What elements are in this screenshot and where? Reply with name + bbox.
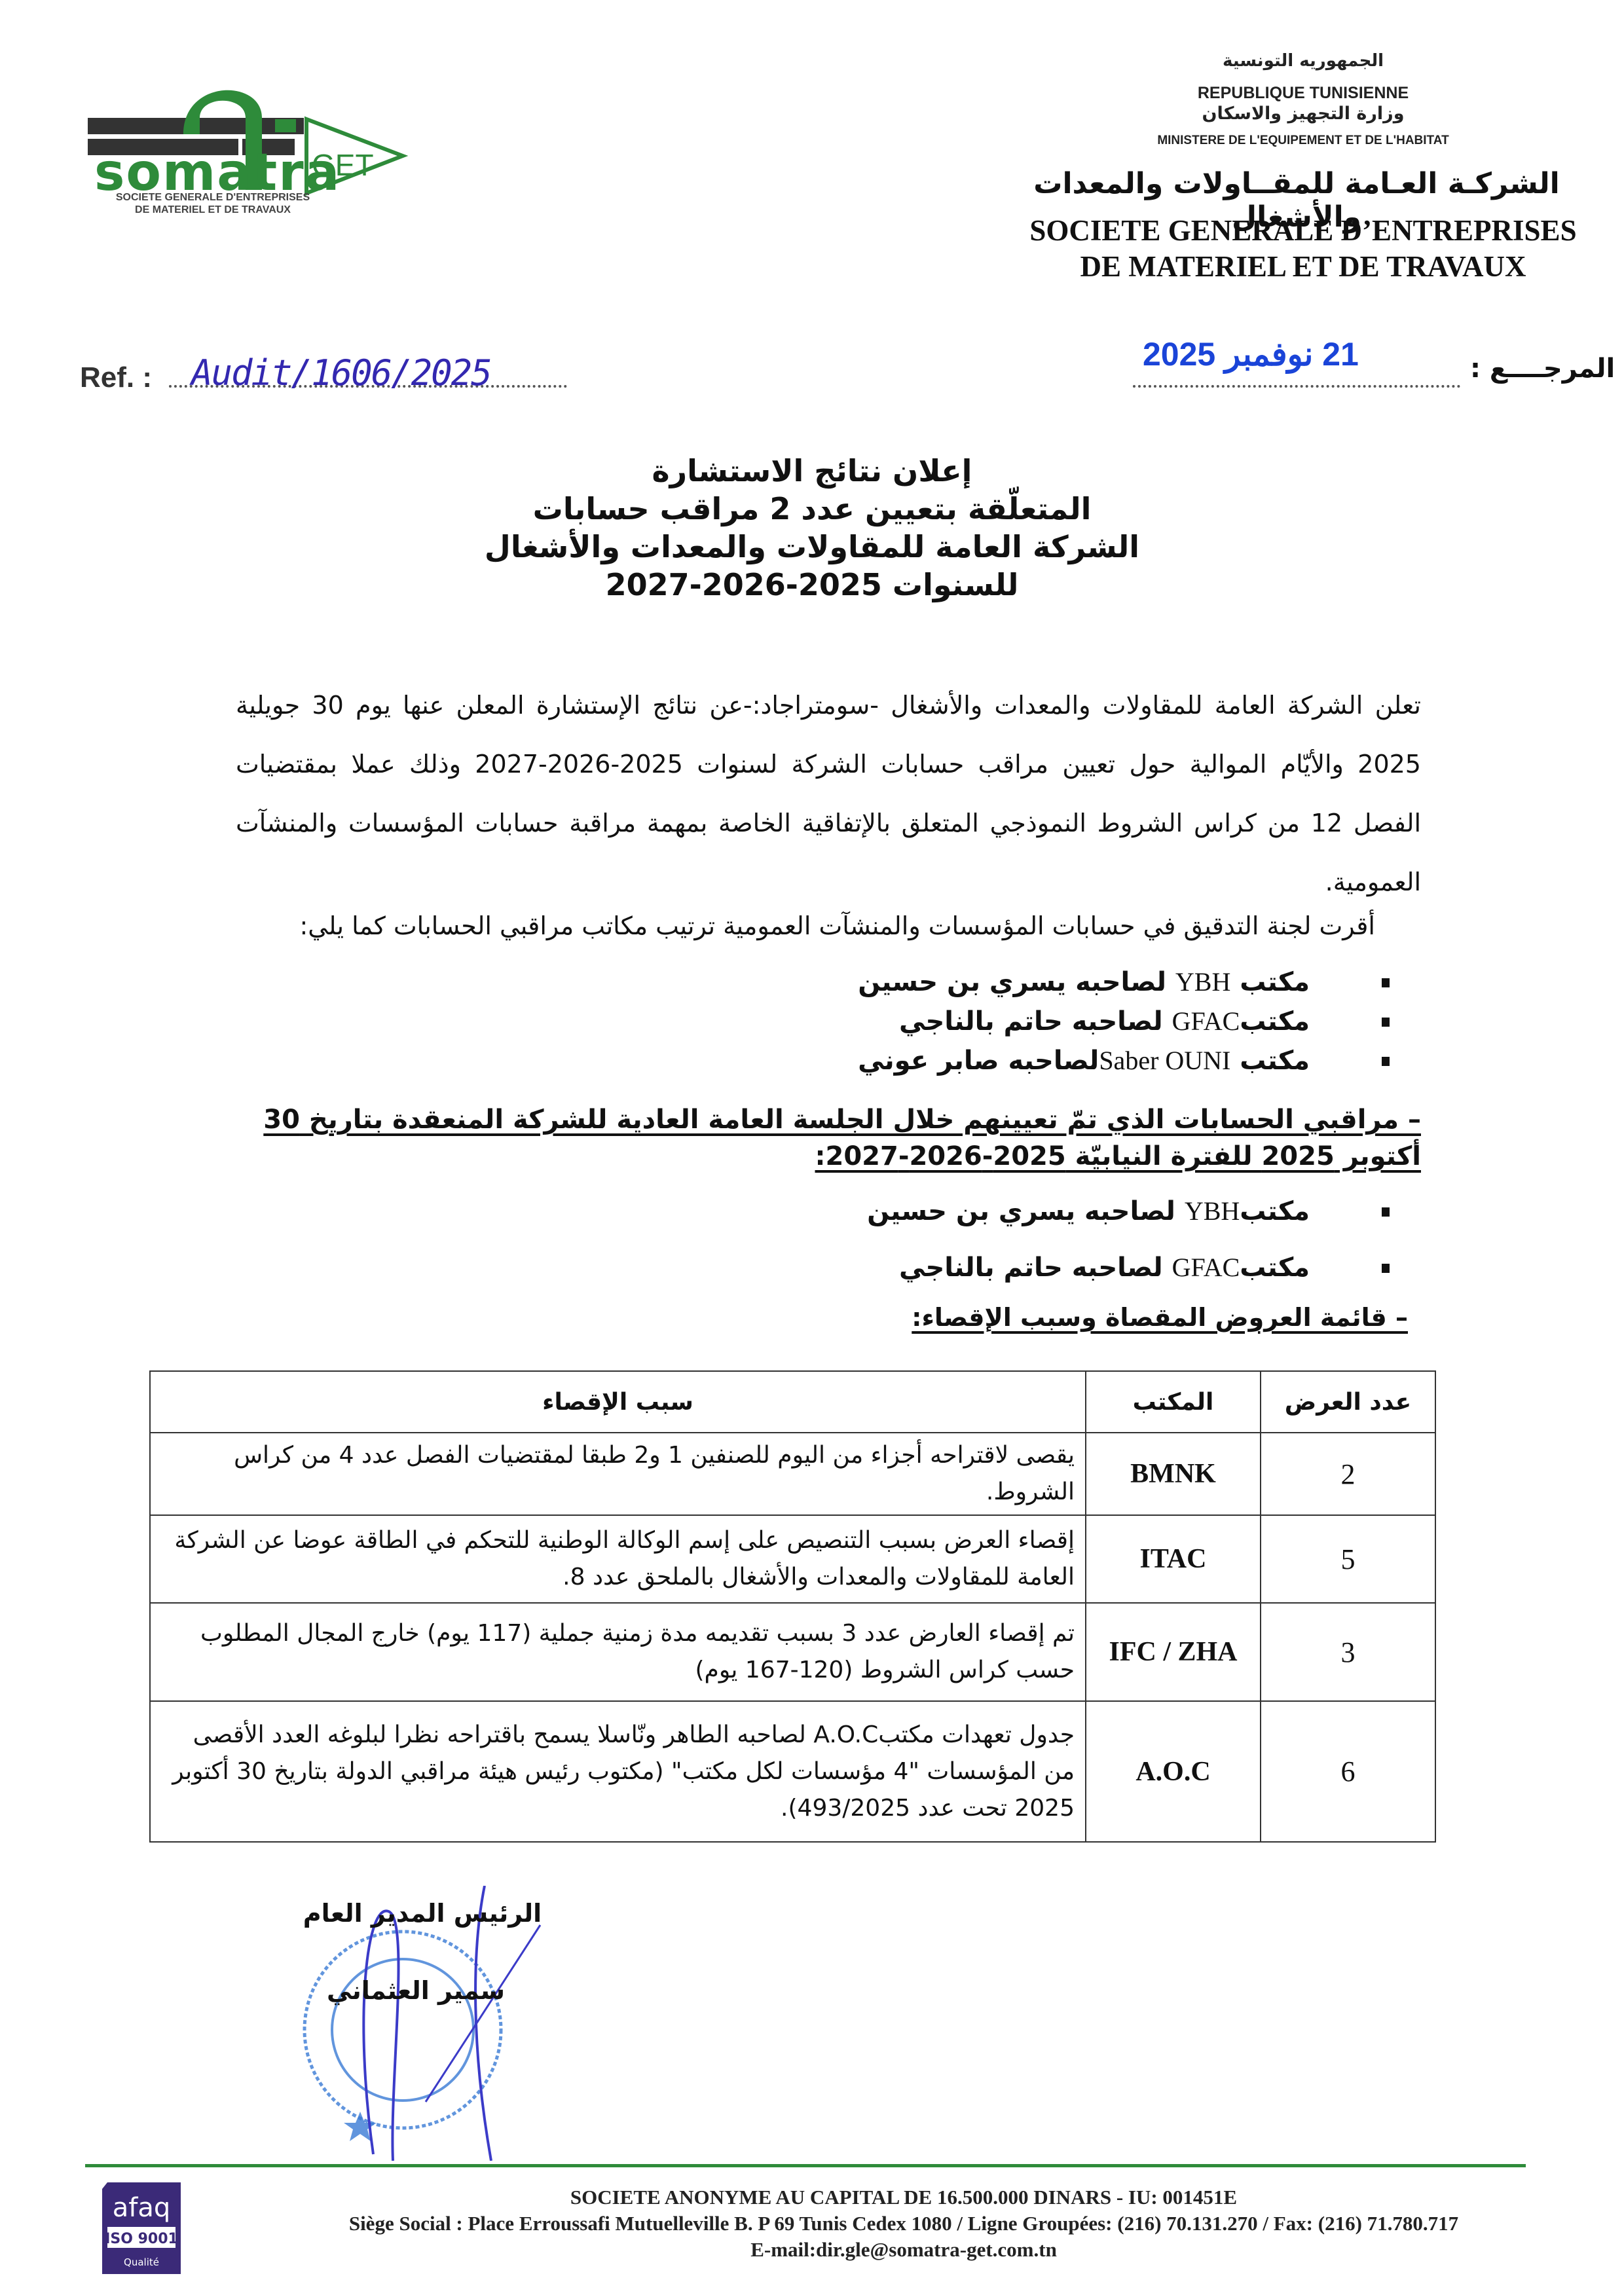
company-name-fr-line1: SOCIETE GENERALE D’ENTREPRISES [995,213,1611,249]
afaq-iso-9001-badge: afaq ISO 9001 Qualité [102,2182,181,2274]
logo-subtitle-line1: SOCIETE GENERALE D'ENTREPRISES [85,191,341,204]
announcement-paragraph: تعلن الشركة العامة للمقاولات والمعدات وا… [236,676,1421,911]
document-title: إعلان نتائج الاستشارة المتعلّقة بتعيين ع… [458,452,1166,604]
cell-offer-no: 2 [1261,1433,1435,1515]
bullet-icon [1382,978,1390,987]
excluded-offers-table: عدد العرض المكتب سبب الإقصاء 2 BMNK يقصى… [149,1370,1436,1843]
appointed-heading-text: – مراقبي الحسابات الذي تمّ تعيينهم خلال … [263,1105,1421,1171]
ministry-fr: MINISTERE DE L'EQUIPEMENT ET DE L'HABITA… [995,134,1611,148]
republic-ar: الجمهوريه التونسية [995,51,1611,71]
svg-text:afaq: afaq [113,2193,171,2223]
ministry-ar: وزارة التجهيز والاسكان [995,103,1611,124]
appointed-item: مكتبGFAC لصاحبه حاتم بالناجي [655,1248,1395,1287]
title-line-2: المتعلّقة بتعيين عدد 2 مراقب حسابات [458,490,1166,528]
footer-address-line: Siège Social : Place Erroussafi Mutuelle… [196,2212,1611,2235]
firm-name: YBH [1175,967,1230,997]
excluded-heading: – قائمة العروض المقصاة وسبب الإقصاء: [904,1303,1408,1332]
firm-name: GFAC [1172,1253,1240,1282]
cell-office: IFC / ZHA [1086,1603,1261,1701]
bullet-icon [1382,1264,1390,1273]
cell-offer-no: 3 [1261,1603,1435,1701]
item-prefix: مكتب [1240,1253,1310,1283]
ranking-item: مكتبGFAC لصاحبه حاتم بالناجي [655,1002,1395,1041]
appointed-item: مكتبYBH لصاحبه يسري بن حسين [655,1192,1395,1248]
cell-offer-no: 6 [1261,1701,1435,1842]
cell-office: BMNK [1086,1433,1261,1515]
cell-reason: جدول تعهدات مكتبA.O.C لصاحبه الطاهر ونّا… [150,1701,1086,1842]
marja-label: المرجــــع : [1470,354,1615,384]
title-line-1: إعلان نتائج الاستشارة [458,452,1166,490]
appointed-list: مكتبYBH لصاحبه يسري بن حسين مكتبGFAC لصا… [655,1192,1395,1287]
item-prefix: مكتب [1240,1006,1310,1037]
ranking-item: مكتب Saber OUNIلصاحبه صابر عوني [655,1041,1395,1080]
ref-label: Ref. : [80,361,152,394]
ref-handwritten-value: Audit/1606/2025 [191,352,491,394]
cell-reason: تم إقصاء العارض عدد 3 بسبب تقديمه مدة زم… [150,1603,1086,1701]
footer-email[interactable]: E-mail:dir.gle@somatra-get.com.tn [196,2238,1611,2262]
item-owner: لصاحبه صابر عوني [858,1046,1099,1076]
item-owner: لصاحبه يسري بن حسين [858,967,1175,997]
cell-office: A.O.C [1086,1701,1261,1842]
bullet-icon [1382,1018,1390,1027]
bullet-icon [1382,1057,1390,1066]
table-row: 2 BMNK يقصى لاقتراحه أجزاء من اليوم للصن… [150,1433,1435,1515]
cell-office: ITAC [1086,1515,1261,1603]
cell-offer-no: 5 [1261,1515,1435,1603]
title-line-4: للسنوات 2025-2026-2027 [458,566,1166,604]
item-prefix: مكتب [1240,1196,1310,1226]
svg-text:Qualité: Qualité [124,2256,159,2268]
signatory-name: سمير العثماني [308,1976,524,2005]
company-name-fr-line2: DE MATERIEL ET DE TRAVAUX [995,249,1611,285]
item-prefix: مكتب [1230,1046,1310,1076]
header-reason: سبب الإقصاء [150,1371,1086,1433]
excluded-heading-text: – قائمة العروض المقصاة وسبب الإقصاء: [912,1303,1408,1332]
item-owner: لصاحبه يسري بن حسين [867,1196,1185,1226]
handwritten-date: 21 نوفمبر 2025 [1143,335,1359,373]
footer-legal-line: SOCIETE ANONYME AU CAPITAL DE 16.500.000… [196,2186,1611,2209]
republic-fr: REPUBLIQUE TUNISIENNE [995,84,1611,103]
title-line-3: الشركة العامة للمقاولات والمعدات والأشغا… [458,528,1166,566]
firm-name: YBH [1185,1196,1240,1226]
header-office: المكتب [1086,1371,1261,1433]
ranking-list: مكتب YBH لصاحبه يسري بن حسين مكتبGFAC لص… [655,963,1395,1080]
firm-name: GFAC [1172,1006,1240,1036]
item-owner: لصاحبه حاتم بالناجي [899,1006,1172,1037]
ranking-item: مكتب YBH لصاحبه يسري بن حسين [655,963,1395,1002]
svg-text:ISO 9001: ISO 9001 [105,2231,178,2247]
company-name-fr: SOCIETE GENERALE D’ENTREPRISES DE MATERI… [995,213,1611,285]
item-owner: لصاحبه حاتم بالناجي [899,1253,1172,1283]
marja-dotted-line [1133,385,1460,388]
table-row: 6 A.O.C جدول تعهدات مكتبA.O.C لصاحبه الط… [150,1701,1435,1842]
bullet-icon [1382,1207,1390,1217]
signatory-title: الرئيس المدير العام [288,1899,557,1928]
footer-rule [85,2164,1526,2167]
table-header-row: عدد العرض المكتب سبب الإقصاء [150,1371,1435,1433]
svg-text:GET: GET [312,148,374,182]
logo-subtitle: SOCIETE GENERALE D'ENTREPRISES DE MATERI… [85,191,341,216]
cell-reason: إقصاء العرض بسبب التنصيص على إسم الوكالة… [150,1515,1086,1603]
firm-name: Saber OUNI [1099,1046,1230,1075]
committee-intro: أقرت لجنة التدقيق في حسابات المؤسسات وال… [236,911,1375,940]
table-row: 3 IFC / ZHA تم إقصاء العارض عدد 3 بسبب ت… [150,1603,1435,1701]
appointed-heading: – مراقبي الحسابات الذي تمّ تعيينهم خلال … [236,1101,1421,1175]
header-offer-no: عدد العرض [1261,1371,1435,1433]
logo-subtitle-line2: DE MATERIEL ET DE TRAVAUX [85,204,341,216]
item-prefix: مكتب [1230,967,1310,997]
table-row: 5 ITAC إقصاء العرض بسبب التنصيص على إسم … [150,1515,1435,1603]
cell-reason: يقصى لاقتراحه أجزاء من اليوم للصنفين 1 و… [150,1433,1086,1515]
